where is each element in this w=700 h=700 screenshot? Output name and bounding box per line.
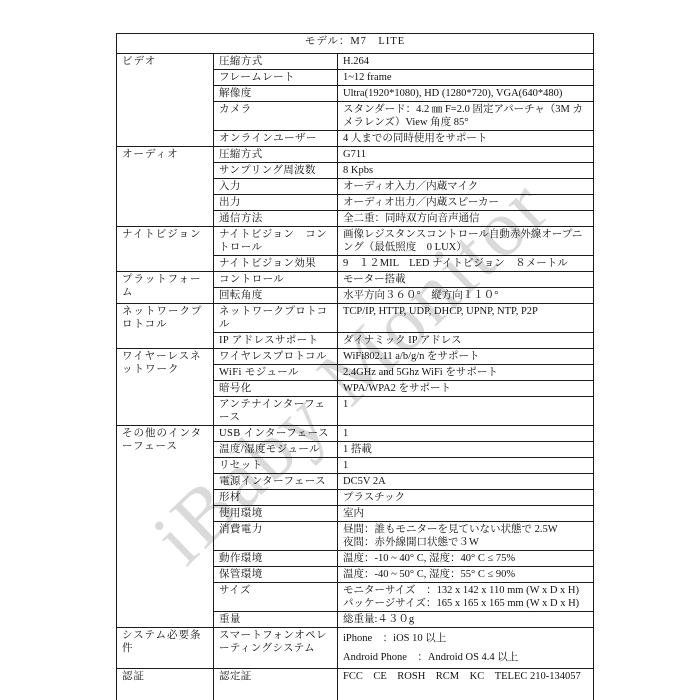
spec-value-cell: 温度：-40 ~ 50° C, 湿度：55° C ≤ 90% [338, 567, 594, 583]
spec-value-cell: 8 Kpbs [338, 163, 594, 179]
spec-value-cell: 1 [338, 458, 594, 474]
spec-value-cell: iPhone ：iOS 10 以上 Android Phone ：Android… [338, 628, 594, 669]
spec-value-cell: 1 [338, 426, 594, 442]
spec-value-cell: 室内 [338, 506, 594, 522]
spec-value-cell: 2.4GHz and 5Ghz WiFi をサポート [338, 365, 594, 381]
spec-label-cell: ナイトビジョン効果 [214, 256, 338, 272]
spec-row: ビデオ圧縮方式H.264 [117, 54, 594, 70]
spec-value-cell: 水平方向３６０° 縦方向１１０° [338, 288, 594, 304]
spec-label-cell: サイズ [214, 583, 338, 612]
spec-value-cell: 4 人までの同時使用をサポート [338, 131, 594, 147]
spec-label-cell: 電源インターフェース [214, 474, 338, 490]
spec-value-cell: 温度：-10 ~ 40° C, 湿度：40° C ≤ 75% [338, 551, 594, 567]
spec-table: モデル：M7 LITE ビデオ圧縮方式H.264フレームレート1~12 fram… [116, 33, 594, 700]
category-cell: ナイトビジョン [117, 227, 214, 272]
spec-label-cell: 温度/湿度モジュール [214, 442, 338, 458]
table-title: モデル：M7 LITE [117, 34, 594, 54]
spec-value-cell: 1 搭載 [338, 442, 594, 458]
category-cell: システム必要条件 [117, 628, 214, 669]
spec-row: プラットフォームコントロールモーター搭載 [117, 272, 594, 288]
category-cell: ビデオ [117, 54, 214, 147]
spec-label-cell: ナイトビジョン コントロール [214, 227, 338, 256]
spec-label-cell: オンラインユーザー [214, 131, 338, 147]
spec-label-cell: 保管環境 [214, 567, 338, 583]
page-background: iBaby Monitor モデル：M7 LITE ビデオ圧縮方式H.264フレ… [0, 0, 700, 700]
spec-label-cell: 動作環境 [214, 551, 338, 567]
spec-table-body: モデル：M7 LITE ビデオ圧縮方式H.264フレームレート1~12 fram… [117, 34, 594, 700]
category-cell: その他のインターフェース [117, 426, 214, 628]
spec-label-cell: サンプリング周波数 [214, 163, 338, 179]
spec-row: ネットワークプロトコルネットワークプロトコルTCP/IP, HTTP, UDP,… [117, 304, 594, 333]
spec-label-cell: 暗号化 [214, 381, 338, 397]
spec-label-cell: 回転角度 [214, 288, 338, 304]
spec-value-cell: プラスチック [338, 490, 594, 506]
spec-label-cell: アンテナインターフェース [214, 397, 338, 426]
spec-value-cell: FCC CE ROSH RCM KC TELEC 210-134057 [338, 669, 594, 700]
spec-value-cell: ダイナミック IP アドレス [338, 333, 594, 349]
spec-value-cell: Ultra(1920*1080), HD (1280*720), VGA(640… [338, 86, 594, 102]
spec-label-cell: 入力 [214, 179, 338, 195]
spec-label-cell: 消費電力 [214, 522, 338, 551]
spec-value-cell: H.264 [338, 54, 594, 70]
spec-sheet-page: { "page": { "watermark": "iBaby Monitor"… [0, 0, 700, 700]
category-cell: オーディオ [117, 147, 214, 227]
spec-value-cell: WiFi802.11 a/b/g/n をサポート [338, 349, 594, 365]
spec-value-cell: TCP/IP, HTTP, UDP, DHCP, UPNP, NTP, P2P [338, 304, 594, 333]
spec-label-cell: 圧縮方式 [214, 54, 338, 70]
spec-value-cell: 全二重：同時双方向音声通信 [338, 211, 594, 227]
spec-value-cell: スタンダード：4.2 ㎜ F=2.0 固定アパーチャ（3M カメラレンズ）Vie… [338, 102, 594, 131]
spec-value-cell: DC5V 2A [338, 474, 594, 490]
spec-label-cell: 認定証 [214, 669, 338, 700]
spec-label-cell: ネットワークプロトコル [214, 304, 338, 333]
spec-value-cell: オーディオ出力／内蔵スピーカー [338, 195, 594, 211]
spec-row: その他のインターフェースUSB インターフェース1 [117, 426, 594, 442]
spec-value-cell: 画像レジスタンスコントロール自動赤外線オープニング（最低照度 0 LUX） [338, 227, 594, 256]
spec-value-cell: 昼間：誰もモニターを見ていない状態で 2.5W 夜間：赤外線開口状態で３W [338, 522, 594, 551]
spec-label-cell: ワイヤレスプロトコル [214, 349, 338, 365]
spec-value-cell: WPA/WPA2 をサポート [338, 381, 594, 397]
spec-value-cell: 9 １２MIL LED ナイトビジョン ８メートル [338, 256, 594, 272]
spec-value-cell: オーディオ入力／内蔵マイク [338, 179, 594, 195]
spec-label-cell: リセット [214, 458, 338, 474]
spec-row: ワイヤーレスネットワークワイヤレスプロトコルWiFi802.11 a/b/g/n… [117, 349, 594, 365]
spec-label-cell: WiFi モジュール [214, 365, 338, 381]
table-title-row: モデル：M7 LITE [117, 34, 594, 54]
spec-label-cell: コントロール [214, 272, 338, 288]
spec-row: オーディオ圧縮方式G711 [117, 147, 594, 163]
spec-label-cell: 解像度 [214, 86, 338, 102]
spec-value-cell: 1 [338, 397, 594, 426]
category-cell: ワイヤーレスネットワーク [117, 349, 214, 426]
spec-value-cell: G711 [338, 147, 594, 163]
spec-value-cell: モーター搭載 [338, 272, 594, 288]
spec-label-cell: 出力 [214, 195, 338, 211]
spec-label-cell: フレームレート [214, 70, 338, 86]
spec-label-cell: USB インターフェース [214, 426, 338, 442]
spec-row: 認証認定証FCC CE ROSH RCM KC TELEC 210-134057 [117, 669, 594, 700]
spec-label-cell: カメラ [214, 102, 338, 131]
spec-label-cell: IP アドレスサポート [214, 333, 338, 349]
spec-label-cell: 形材 [214, 490, 338, 506]
spec-row: ナイトビジョンナイトビジョン コントロール画像レジスタンスコントロール自動赤外線… [117, 227, 594, 256]
spec-value-cell: 総重量:４３０g [338, 612, 594, 628]
spec-label-cell: スマートフォンオペレーティングシステム [214, 628, 338, 669]
spec-label-cell: 使用環境 [214, 506, 338, 522]
category-cell: プラットフォーム [117, 272, 214, 304]
spec-value-cell: モニターサイズ ：132 x 142 x 110 mm (W x D x H) … [338, 583, 594, 612]
spec-label-cell: 通信方法 [214, 211, 338, 227]
category-cell: ネットワークプロトコル [117, 304, 214, 349]
spec-label-cell: 圧縮方式 [214, 147, 338, 163]
spec-row: システム必要条件スマートフォンオペレーティングシステムiPhone ：iOS 1… [117, 628, 594, 669]
category-cell: 認証 [117, 669, 214, 700]
spec-label-cell: 重量 [214, 612, 338, 628]
spec-value-cell: 1~12 frame [338, 70, 594, 86]
